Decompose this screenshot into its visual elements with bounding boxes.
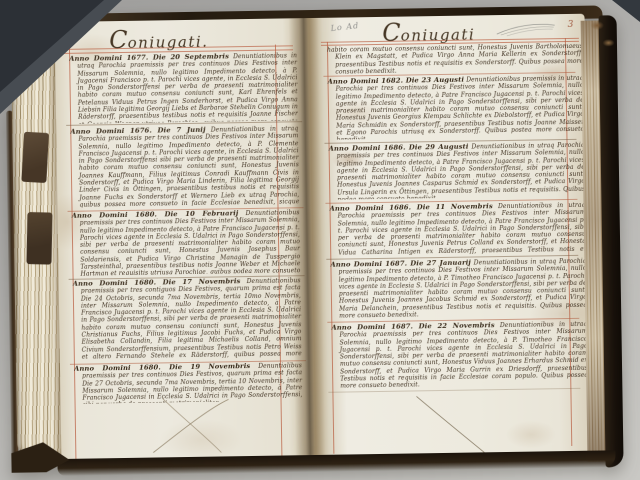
page-title: Coniugati — [369, 17, 489, 47]
entry-text: Denuntiationibus in utraq Parochia praem… — [77, 52, 298, 124]
leather-patch — [21, 132, 49, 183]
entry-text: Denuntiationibus praemissis per tres con… — [80, 209, 301, 276]
register-entry: Anno Domini 1686. Die 29 Augusti Denunti… — [329, 142, 586, 200]
pencil-note: Lo Ad — [330, 21, 359, 33]
register-entry: Anno Domini 1676. Die 7 Junij Denuntiati… — [70, 125, 299, 208]
entry-text: Denuntiationibus in utraq Parochia praem… — [78, 125, 299, 208]
leather-patch — [26, 212, 52, 264]
entry-text: Denuntiationibus in utraq Parochia praem… — [339, 321, 588, 388]
page-title: Coniugati. — [99, 24, 219, 54]
background: Coniugati. Anno Domini 1677. Die 20 Sept… — [0, 0, 640, 480]
pen-scratch-x — [148, 395, 233, 456]
page-number: 3 — [568, 20, 574, 30]
entry-text: habito coram mutuo consensu coniuncti su… — [327, 43, 583, 74]
pen-scratch-diagonal — [413, 393, 488, 456]
book: Coniugati. Anno Domini 1677. Die 20 Sept… — [2, 1, 625, 477]
page-spread: Coniugati. Anno Domini 1677. Die 20 Sept… — [55, 14, 592, 462]
pencil-flourish — [495, 20, 557, 37]
register-entry: Anno Domini 1682. Die 23 Augusti Denunti… — [327, 75, 584, 140]
register-entry: Anno Domini 1687. Die 27 Januarij Denunt… — [330, 258, 587, 318]
register-entry: Anno Domini 1680. Die 10 Februarij Denun… — [72, 209, 301, 276]
register-entry-continuation: habito coram mutuo consensu coniuncti su… — [327, 43, 583, 74]
register-entry: Anno Domini 1677. Die 20 Septembris Denu… — [69, 52, 298, 124]
register-entry: Anno Domini 1686. Die 11 Novembris Denun… — [329, 202, 586, 257]
page-fold-line — [328, 388, 580, 393]
entry-text: Denuntiationibus praemissis per tres con… — [81, 277, 302, 361]
cover-wear-spot — [587, 17, 618, 61]
entry-text: Denuntiationibus praemissis in utraq Par… — [336, 75, 585, 140]
register-entry: Anno Domini 1687. Die 22 Novembris Denun… — [331, 321, 588, 388]
gutter-shadow — [289, 18, 326, 458]
register-entry: Anno Domini 1680. Die 17 Novembris Denun… — [73, 277, 302, 361]
